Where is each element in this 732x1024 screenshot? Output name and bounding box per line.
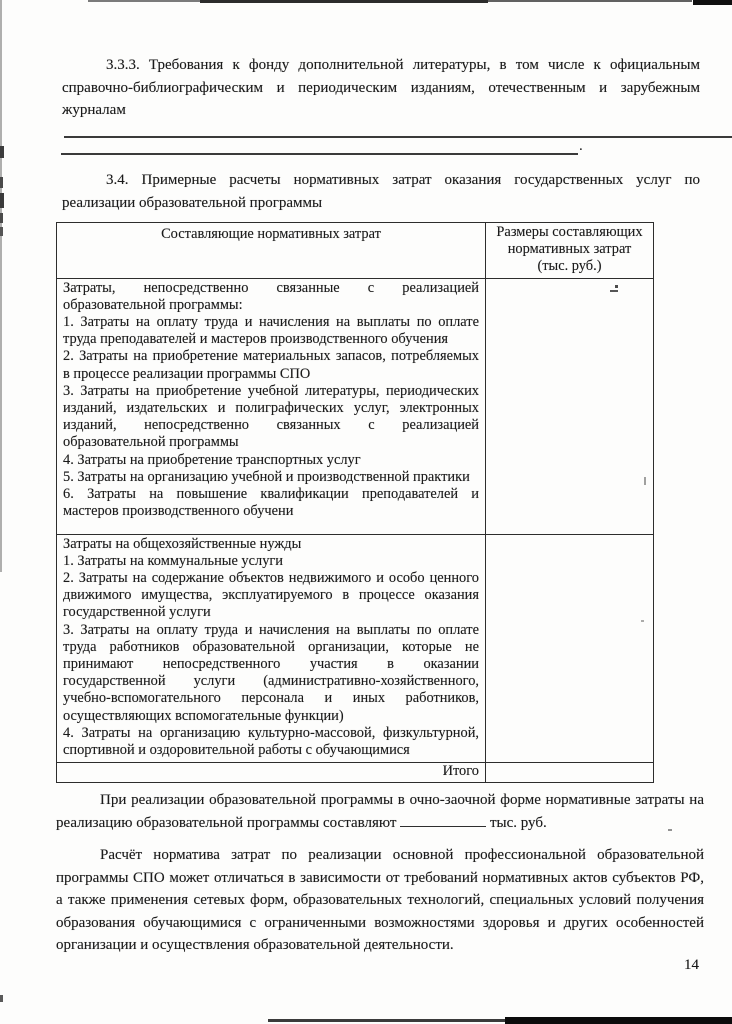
scan-artifact-left-mark [0,227,3,236]
scan-artifact-top-line [488,0,692,2]
scan-artifact-left-mark [0,995,3,1002]
amount-blank-field [400,813,486,827]
part-time-costs-units: тыс. руб. [490,815,547,831]
scan-artifact-left-mark [0,213,3,223]
column-header-amounts: Размеры составляющих нормативных затрат … [486,223,654,279]
scan-artifact-left-mark [0,146,4,158]
fill-in-line-period: . [579,138,583,155]
scanned-document-page: 3.3.3. Требования к фонду дополнительной… [0,0,732,1024]
general-costs-cell: Затраты на общехозяйственные нужды 1. За… [57,534,486,762]
direct-costs-cell: Затраты, непосредственно связанные с реа… [57,278,486,534]
paragraph-3-3-3: 3.3.3. Требования к фонду дополнительной… [62,54,700,122]
scan-artifact-left-mark [0,177,3,188]
scan-artifact-top-line [88,0,200,2]
table-row-direct-costs: Затраты, непосредственно связанные с реа… [57,278,654,534]
fill-in-line-2 [61,153,578,155]
scan-artifact-top-line [200,0,488,3]
total-label: Итого [57,762,486,782]
table-row-general-costs: Затраты на общехозяйственные нужды 1. За… [57,534,654,762]
paragraph-3-4: 3.4. Примерные расчеты нормативных затра… [62,169,700,214]
paragraph-part-time-costs: При реализации образовательной программы… [56,789,704,834]
total-value-cell [486,762,654,782]
general-costs-value-cell [486,534,654,762]
page-number: 14 [684,957,699,974]
fill-in-line-1 [64,136,732,138]
direct-costs-value-cell [486,278,654,534]
paragraph-calculation-note: Расчёт норматива затрат по реализации ос… [56,844,704,957]
column-header-components: Составляющие нормативных затрат [57,223,486,279]
table-row-total: Итого [57,762,654,782]
table-header-row: Составляющие нормативных затрат Размеры … [57,223,654,279]
scan-artifact-left-edge [0,0,2,572]
scan-artifact-bottom-bar [505,1017,732,1024]
normative-costs-table: Составляющие нормативных затрат Размеры … [56,222,654,783]
part-time-costs-text: При реализации образовательной программы… [56,792,704,831]
scan-artifact-left-mark [0,193,4,208]
scan-artifact-top-right-block [693,0,732,5]
scan-artifact-bottom-bar [268,1019,512,1022]
